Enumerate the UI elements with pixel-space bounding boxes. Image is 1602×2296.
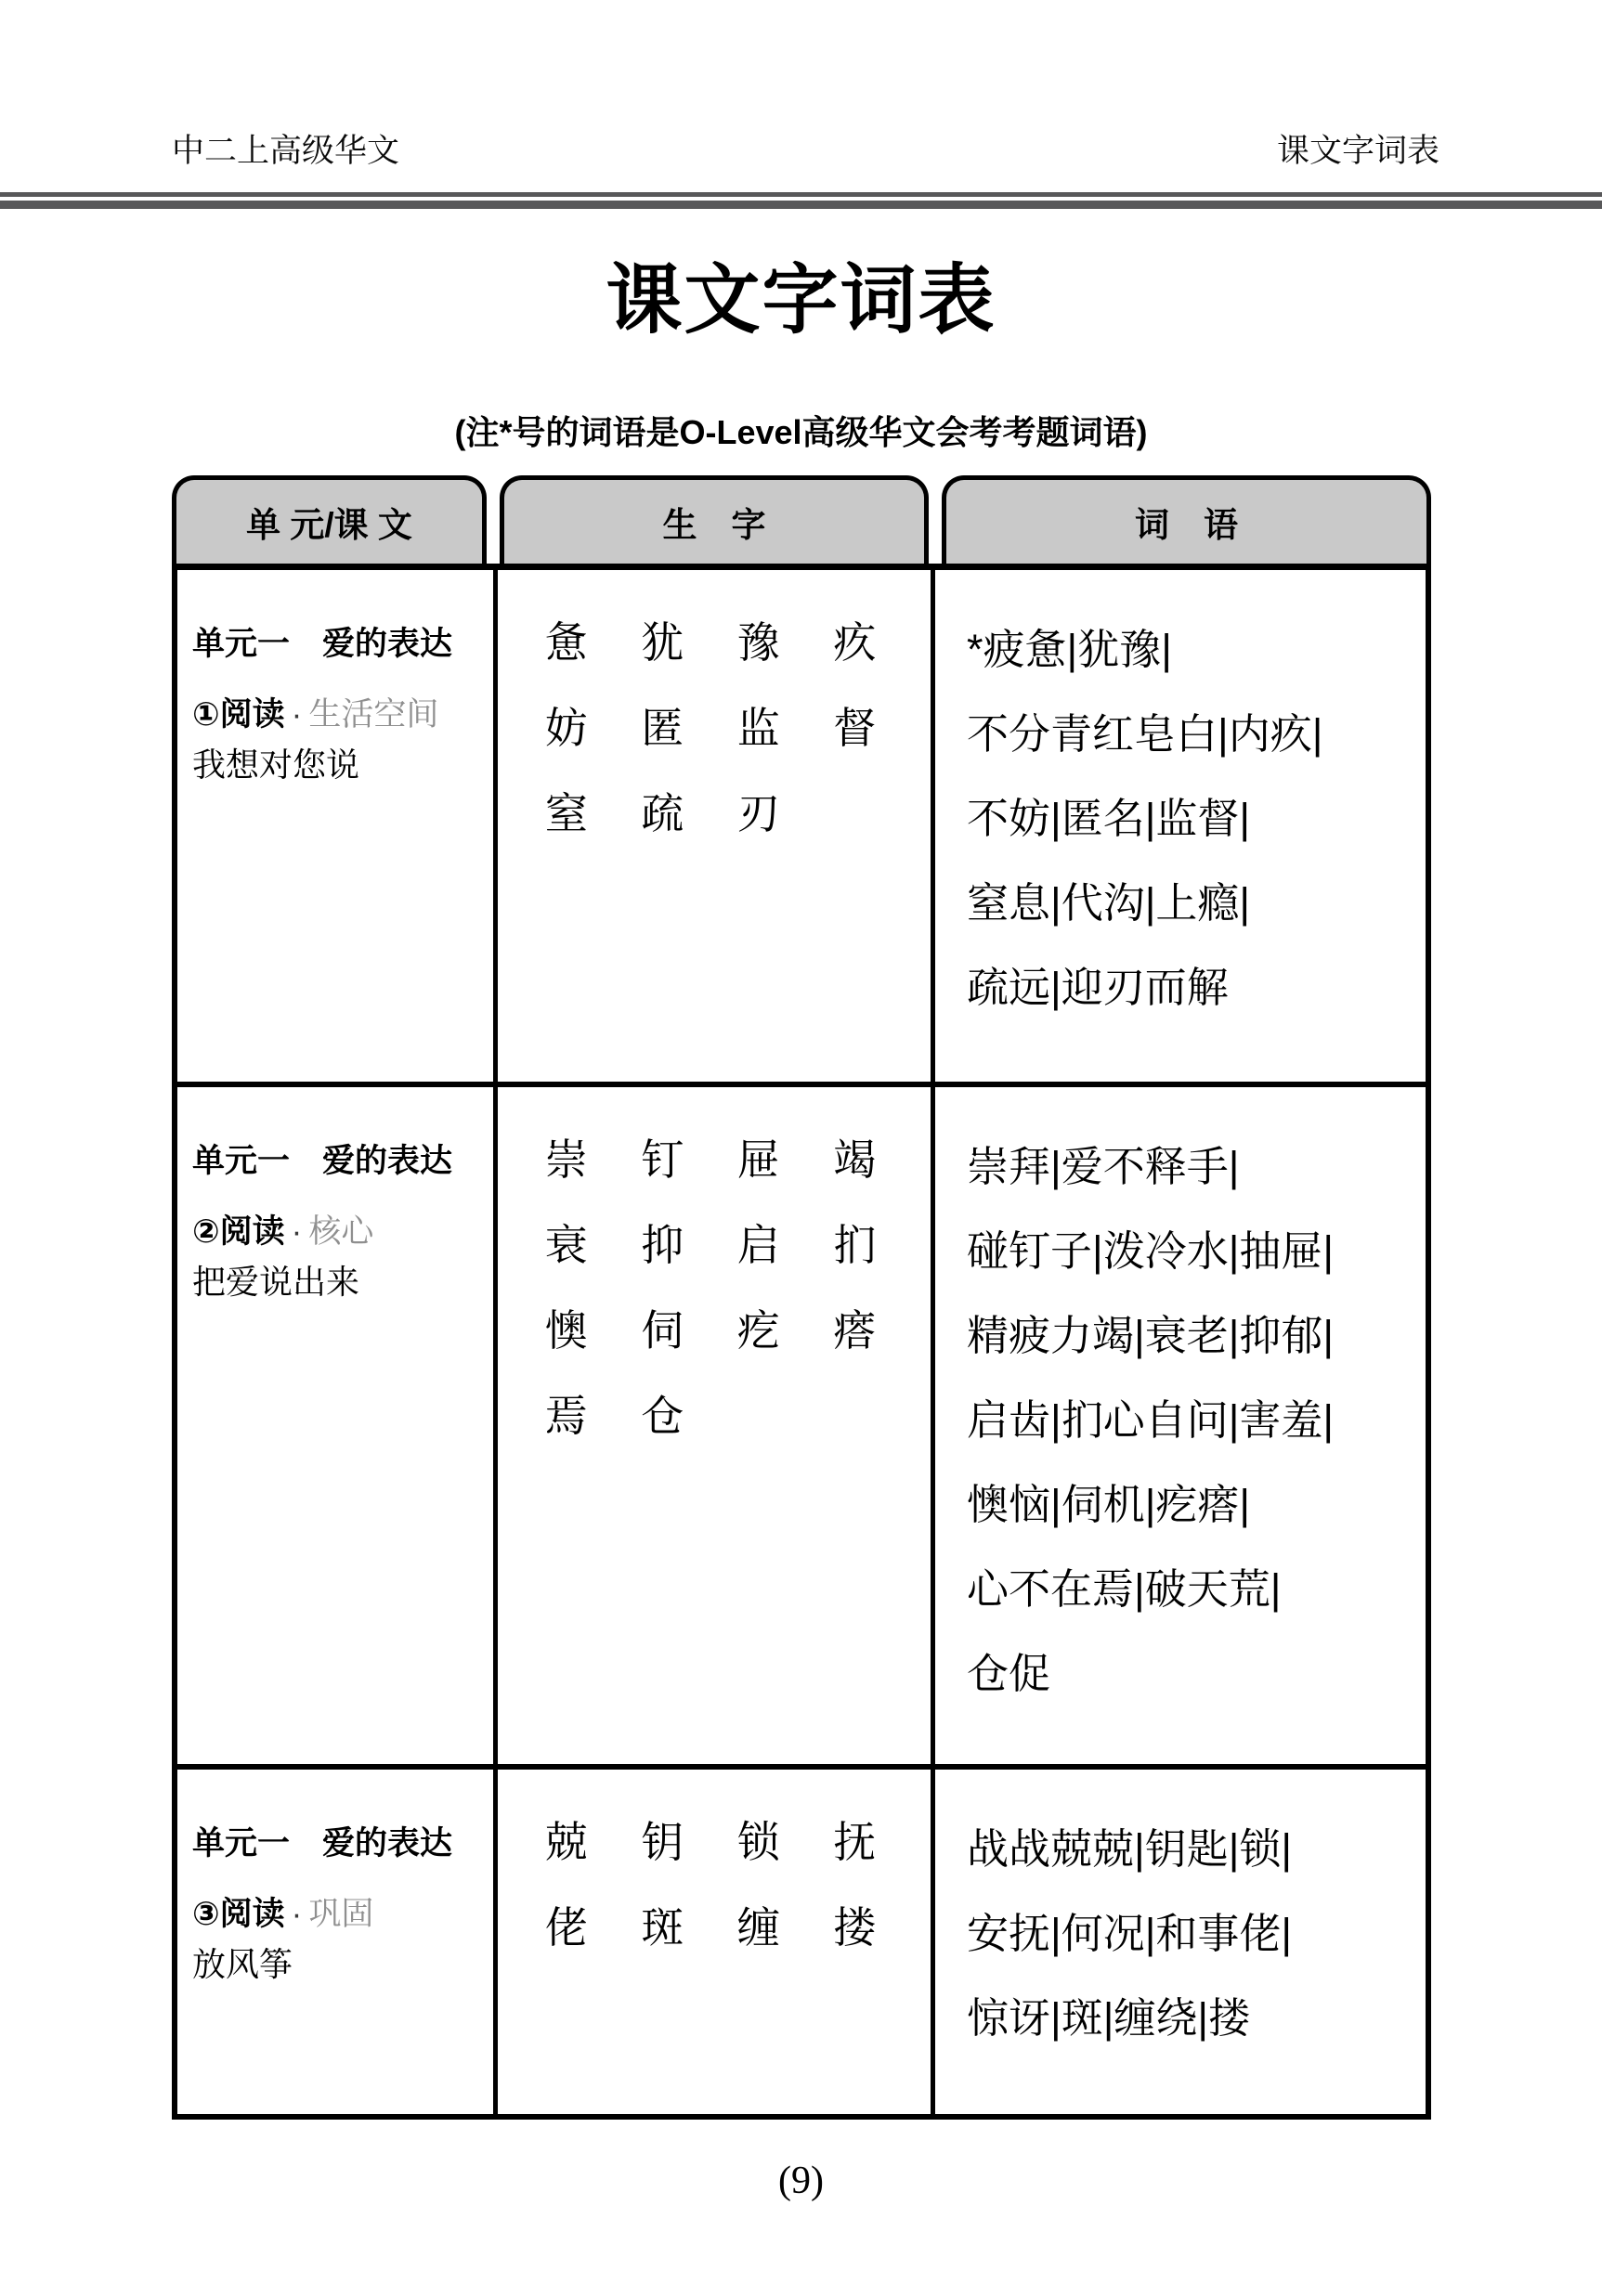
lesson-theme: 生活空间 bbox=[308, 696, 438, 733]
table-body: 单元一 爱的表达 ①阅读·生活空间 我想对您说 惫 犹 豫 疚 妨 匿 监 督 … bbox=[172, 570, 1431, 2120]
new-character: 匿 bbox=[615, 704, 711, 752]
new-character: 搂 bbox=[807, 1903, 904, 1952]
unit-name: 单元一 爱的表达 bbox=[192, 1141, 486, 1182]
new-character: 衰 bbox=[518, 1221, 615, 1269]
new-character: 竭 bbox=[807, 1135, 904, 1184]
lesson-number-type: ②阅读 bbox=[192, 1213, 285, 1250]
page-number: (9) bbox=[0, 2159, 1602, 2203]
rule-thick bbox=[0, 201, 1602, 209]
new-character: 扪 bbox=[807, 1221, 904, 1269]
new-character: 锁 bbox=[710, 1818, 807, 1866]
word-group: 安抚|何况|和事佬| bbox=[967, 1891, 1418, 1976]
running-head-left: 中二上高级华文 bbox=[172, 133, 399, 170]
table-row: 单元一 爱的表达 ②阅读·核心 把爱说出来 崇 钉 屉 竭 衰 抑 启 扪 懊 … bbox=[177, 1082, 1426, 1764]
column-header-words: 词 语 bbox=[942, 475, 1431, 564]
new-character: 抚 bbox=[807, 1818, 904, 1866]
dot-separator: · bbox=[292, 696, 303, 733]
column-header-unit-lesson: 单 元/课 文 bbox=[172, 475, 487, 564]
new-character: 抑 bbox=[615, 1221, 711, 1269]
unit-lesson-cell: 单元一 爱的表达 ③阅读·巩固 放风筝 bbox=[177, 1770, 493, 2114]
new-character: 崇 bbox=[518, 1135, 615, 1184]
new-character: 督 bbox=[807, 704, 904, 752]
table-header: 单 元/课 文 生 字 词 语 bbox=[172, 475, 1431, 564]
word-group: 窒息|代沟|上瘾| bbox=[967, 861, 1418, 945]
new-character: 斑 bbox=[615, 1903, 711, 1952]
new-character: 兢 bbox=[518, 1818, 615, 1866]
word-group: 战战兢兢|钥匙|锁| bbox=[967, 1807, 1418, 1891]
word-group: 不妨|匿名|监督| bbox=[967, 776, 1418, 861]
vocab-table: 单 元/课 文 生 字 词 语 单元一 爱的表达 ①阅读·生活空间 我想对您说 … bbox=[172, 475, 1431, 2120]
word-group: *疲惫|犹豫| bbox=[967, 607, 1418, 692]
new-character: 瘩 bbox=[807, 1306, 904, 1355]
new-character: 疚 bbox=[807, 618, 904, 667]
new-character: 仓 bbox=[615, 1392, 711, 1440]
dot-separator: · bbox=[292, 1896, 303, 1932]
new-character: 伺 bbox=[615, 1306, 711, 1355]
lesson-title: 放风筝 bbox=[192, 1942, 486, 1987]
new-character: 刃 bbox=[710, 789, 807, 837]
lesson-number-type: ①阅读 bbox=[192, 696, 285, 733]
new-character: 懊 bbox=[518, 1306, 615, 1355]
lesson-label: ③阅读·巩固 bbox=[192, 1892, 486, 1937]
lesson-theme: 核心 bbox=[308, 1213, 373, 1250]
lesson-title: 把爱说出来 bbox=[192, 1260, 486, 1304]
new-characters-grid: 崇 钉 屉 竭 衰 抑 启 扪 懊 伺 疙 瘩 焉 仓 bbox=[493, 1087, 931, 1764]
new-character: 缠 bbox=[710, 1903, 807, 1952]
new-character: 焉 bbox=[518, 1392, 615, 1440]
new-characters-grid: 惫 犹 豫 疚 妨 匿 监 督 窒 疏 刃 bbox=[493, 570, 931, 1082]
page: 中二上高级华文 课文字词表 课文字词表 (注*号的词语是O-Level高级华文会… bbox=[0, 0, 1602, 2296]
page-subtitle: (注*号的词语是O-Level高级华文会考考题词语) bbox=[0, 407, 1602, 454]
dot-separator: · bbox=[292, 1213, 303, 1250]
new-character: 监 bbox=[710, 704, 807, 752]
lesson-theme: 巩固 bbox=[308, 1896, 373, 1932]
word-group: 心不在焉|破天荒| bbox=[967, 1547, 1418, 1631]
word-group: 崇拜|爱不释手| bbox=[967, 1124, 1418, 1209]
new-character: 窒 bbox=[518, 789, 615, 837]
column-header-new-characters: 生 字 bbox=[500, 475, 929, 564]
new-characters-grid: 兢 钥 锁 抚 佬 斑 缠 搂 bbox=[493, 1770, 931, 2114]
word-group: 仓促 bbox=[967, 1631, 1418, 1716]
words-list: 战战兢兢|钥匙|锁| 安抚|何况|和事佬| 惊讶|斑|缠绕|搂 bbox=[931, 1770, 1426, 2114]
word-group: 精疲力竭|衰老|抑郁| bbox=[967, 1293, 1418, 1378]
unit-lesson-cell: 单元一 爱的表达 ②阅读·核心 把爱说出来 bbox=[177, 1087, 493, 1764]
new-character: 疏 bbox=[615, 789, 711, 837]
new-character: 豫 bbox=[710, 618, 807, 667]
lesson-title: 我想对您说 bbox=[192, 743, 486, 787]
new-character: 疙 bbox=[710, 1306, 807, 1355]
page-title: 课文字词表 bbox=[0, 240, 1602, 348]
table-header-rule bbox=[172, 564, 1431, 570]
new-character: 钥 bbox=[615, 1818, 711, 1866]
new-character: 惫 bbox=[518, 618, 615, 667]
table-row: 单元一 爱的表达 ③阅读·巩固 放风筝 兢 钥 锁 抚 佬 斑 缠 搂 战战兢兢… bbox=[177, 1764, 1426, 2114]
new-character: 钉 bbox=[615, 1135, 711, 1184]
table-row: 单元一 爱的表达 ①阅读·生活空间 我想对您说 惫 犹 豫 疚 妨 匿 监 督 … bbox=[177, 570, 1426, 1082]
lesson-label: ①阅读·生活空间 bbox=[192, 693, 486, 737]
word-group: 惊讶|斑|缠绕|搂 bbox=[967, 1976, 1418, 2060]
double-rule bbox=[0, 192, 1602, 209]
word-group: 碰钉子|泼冷水|抽屉| bbox=[967, 1209, 1418, 1293]
word-group: 不分青红皂白|内疚| bbox=[967, 692, 1418, 776]
unit-name: 单元一 爱的表达 bbox=[192, 624, 486, 665]
lesson-number-type: ③阅读 bbox=[192, 1896, 285, 1932]
new-character: 犹 bbox=[615, 618, 711, 667]
new-character: 妨 bbox=[518, 704, 615, 752]
words-list: *疲惫|犹豫| 不分青红皂白|内疚| 不妨|匿名|监督| 窒息|代沟|上瘾| 疏… bbox=[931, 570, 1426, 1082]
unit-lesson-cell: 单元一 爱的表达 ①阅读·生活空间 我想对您说 bbox=[177, 570, 493, 1082]
rule-thin bbox=[0, 192, 1602, 197]
word-group: 疏远|迎刃而解 bbox=[967, 945, 1418, 1030]
running-head-right: 课文字词表 bbox=[1277, 133, 1439, 170]
word-group: 懊恼|伺机|疙瘩| bbox=[967, 1462, 1418, 1547]
new-character: 佬 bbox=[518, 1903, 615, 1952]
running-head: 中二上高级华文 课文字词表 bbox=[172, 133, 1439, 170]
unit-name: 单元一 爱的表达 bbox=[192, 1823, 486, 1864]
word-group: 启齿|扪心自问|害羞| bbox=[967, 1378, 1418, 1462]
words-list: 崇拜|爱不释手| 碰钉子|泼冷水|抽屉| 精疲力竭|衰老|抑郁| 启齿|扪心自问… bbox=[931, 1087, 1426, 1764]
lesson-label: ②阅读·核心 bbox=[192, 1210, 486, 1254]
new-character: 启 bbox=[710, 1221, 807, 1269]
new-character: 屉 bbox=[710, 1135, 807, 1184]
